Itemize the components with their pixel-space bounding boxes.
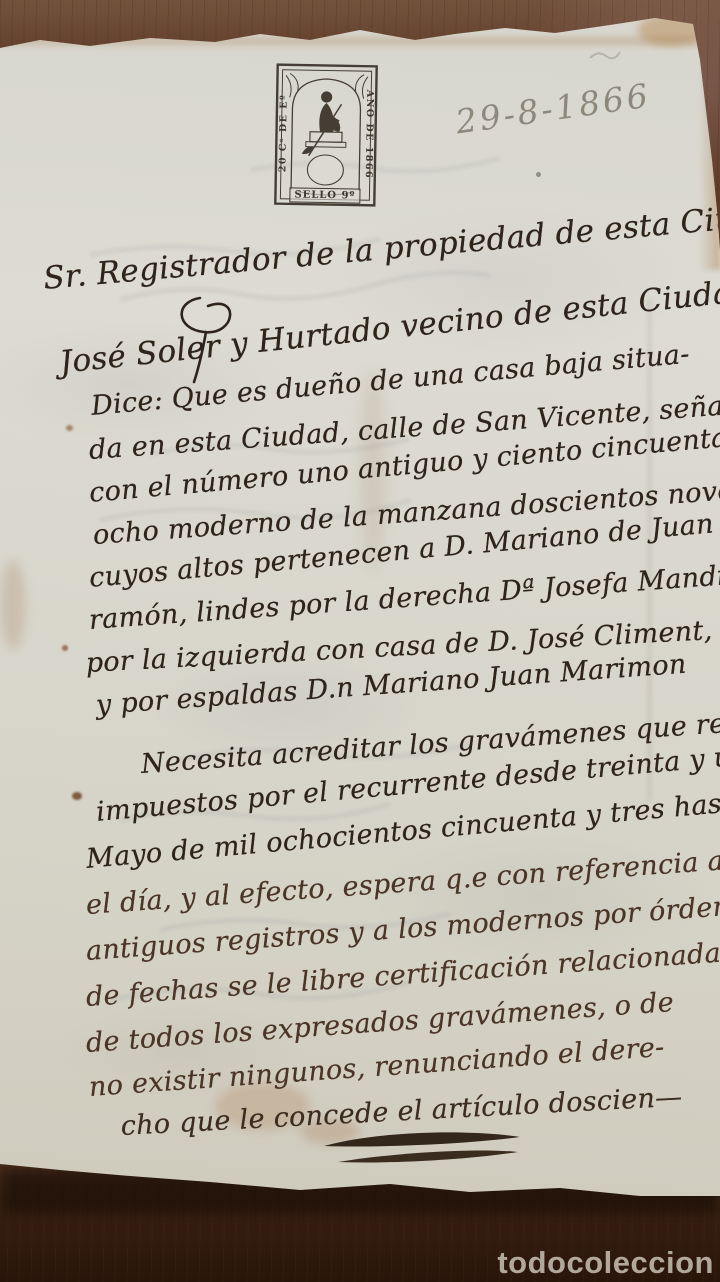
stamp-left-inscription: 20 Cˢ DE Eº bbox=[278, 87, 292, 179]
manuscript-line-1: Sr. Registrador de la propiedad de esta … bbox=[42, 193, 720, 296]
document-paper: 20 Cˢ DE Eº AÑO DE 1866 SELLO 9º 29-8-18… bbox=[0, 0, 720, 1282]
pencil-date-annotation: 29-8-1866 bbox=[454, 79, 653, 139]
pencil-dot bbox=[536, 172, 541, 177]
ink-freckle bbox=[66, 425, 73, 431]
closing-flourish bbox=[318, 1126, 533, 1176]
todocoleccion-watermark: todocoleccion bbox=[497, 1247, 714, 1278]
tax-stamp: 20 Cˢ DE Eº AÑO DE 1866 SELLO 9º bbox=[274, 63, 378, 207]
ink-freckle bbox=[72, 792, 82, 800]
ink-freckle bbox=[62, 645, 68, 651]
left-edge-stain bbox=[0, 560, 26, 650]
stamp-bottom-inscription: SELLO 9º bbox=[289, 187, 360, 203]
stamp-right-inscription: AÑO DE 1866 bbox=[361, 89, 375, 181]
photo-of-document: 20 Cˢ DE Eº AÑO DE 1866 SELLO 9º 29-8-18… bbox=[0, 0, 720, 1282]
